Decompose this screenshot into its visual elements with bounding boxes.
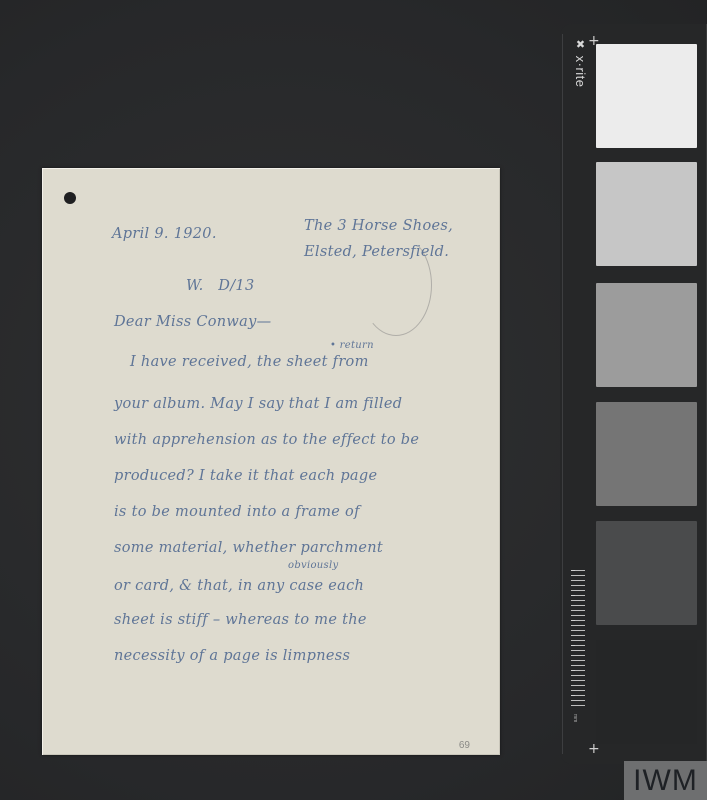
letter-page: April 9. 1920. The 3 Horse Shoes, Elsted… bbox=[42, 168, 500, 755]
address-line-1: The 3 Horse Shoes, bbox=[304, 218, 453, 234]
body-line-1: I have received, the sheet from bbox=[130, 354, 369, 370]
letter-date: April 9. 1920. bbox=[112, 226, 217, 242]
millimeter-ruler bbox=[571, 570, 585, 710]
salutation: Dear Miss Conway— bbox=[114, 314, 271, 330]
patch-black bbox=[596, 640, 697, 744]
patch-gray bbox=[596, 402, 697, 506]
patch-light-gray bbox=[596, 162, 697, 266]
body-line-3: with apprehension as to the effect to be bbox=[114, 432, 419, 448]
insertion-return: • return bbox=[330, 340, 374, 351]
body-line-9: necessity of a page is limpness bbox=[114, 648, 350, 664]
patch-white bbox=[596, 44, 697, 148]
reference-code: W. D/13 bbox=[186, 278, 254, 294]
body-line-5: is to be mounted into a frame of bbox=[114, 504, 360, 520]
address-line-2: Elsted, Petersfield. bbox=[304, 244, 449, 260]
body-line-2: your album. May I say that I am filled bbox=[114, 396, 402, 412]
crosshair-bottom-icon: + bbox=[588, 742, 600, 756]
insertion-obviously: obviously bbox=[288, 560, 338, 571]
card-edge bbox=[562, 34, 563, 754]
body-line-6: some material, whether parchment bbox=[114, 540, 383, 556]
color-calibration-card: ✖ x·rite + mm + bbox=[560, 24, 707, 764]
brand-label: x·rite bbox=[573, 56, 588, 88]
punch-hole bbox=[64, 192, 76, 204]
body-line-4: produced? I take it that each page bbox=[114, 468, 377, 484]
body-line-7: or card, & that, in any case each bbox=[114, 578, 364, 594]
patch-dark-gray bbox=[596, 521, 697, 625]
page-number: 69 bbox=[459, 740, 470, 751]
iwm-watermark: IWM bbox=[624, 761, 707, 800]
x-rite-logo-icon: ✖ bbox=[574, 38, 586, 52]
patch-mid-gray bbox=[596, 283, 697, 387]
ruler-label: mm bbox=[572, 714, 578, 722]
body-line-8: sheet is stiff – whereas to me the bbox=[114, 612, 367, 628]
x-rite-brand: ✖ x·rite bbox=[568, 38, 588, 118]
